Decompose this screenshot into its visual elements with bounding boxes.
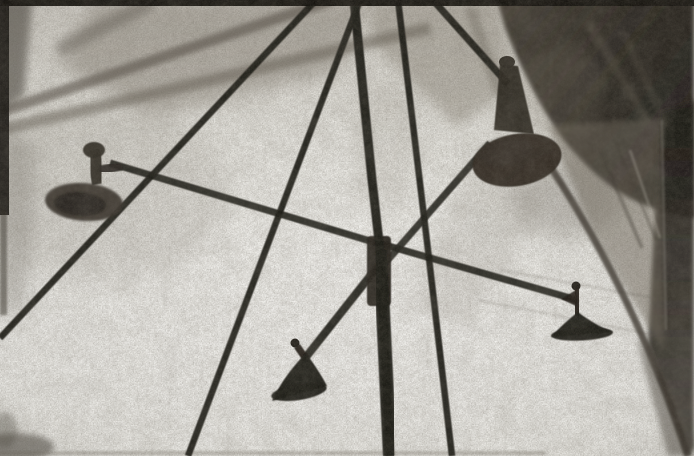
vignette — [0, 0, 694, 456]
photo-figure — [0, 0, 694, 456]
photo-svg — [0, 0, 694, 456]
